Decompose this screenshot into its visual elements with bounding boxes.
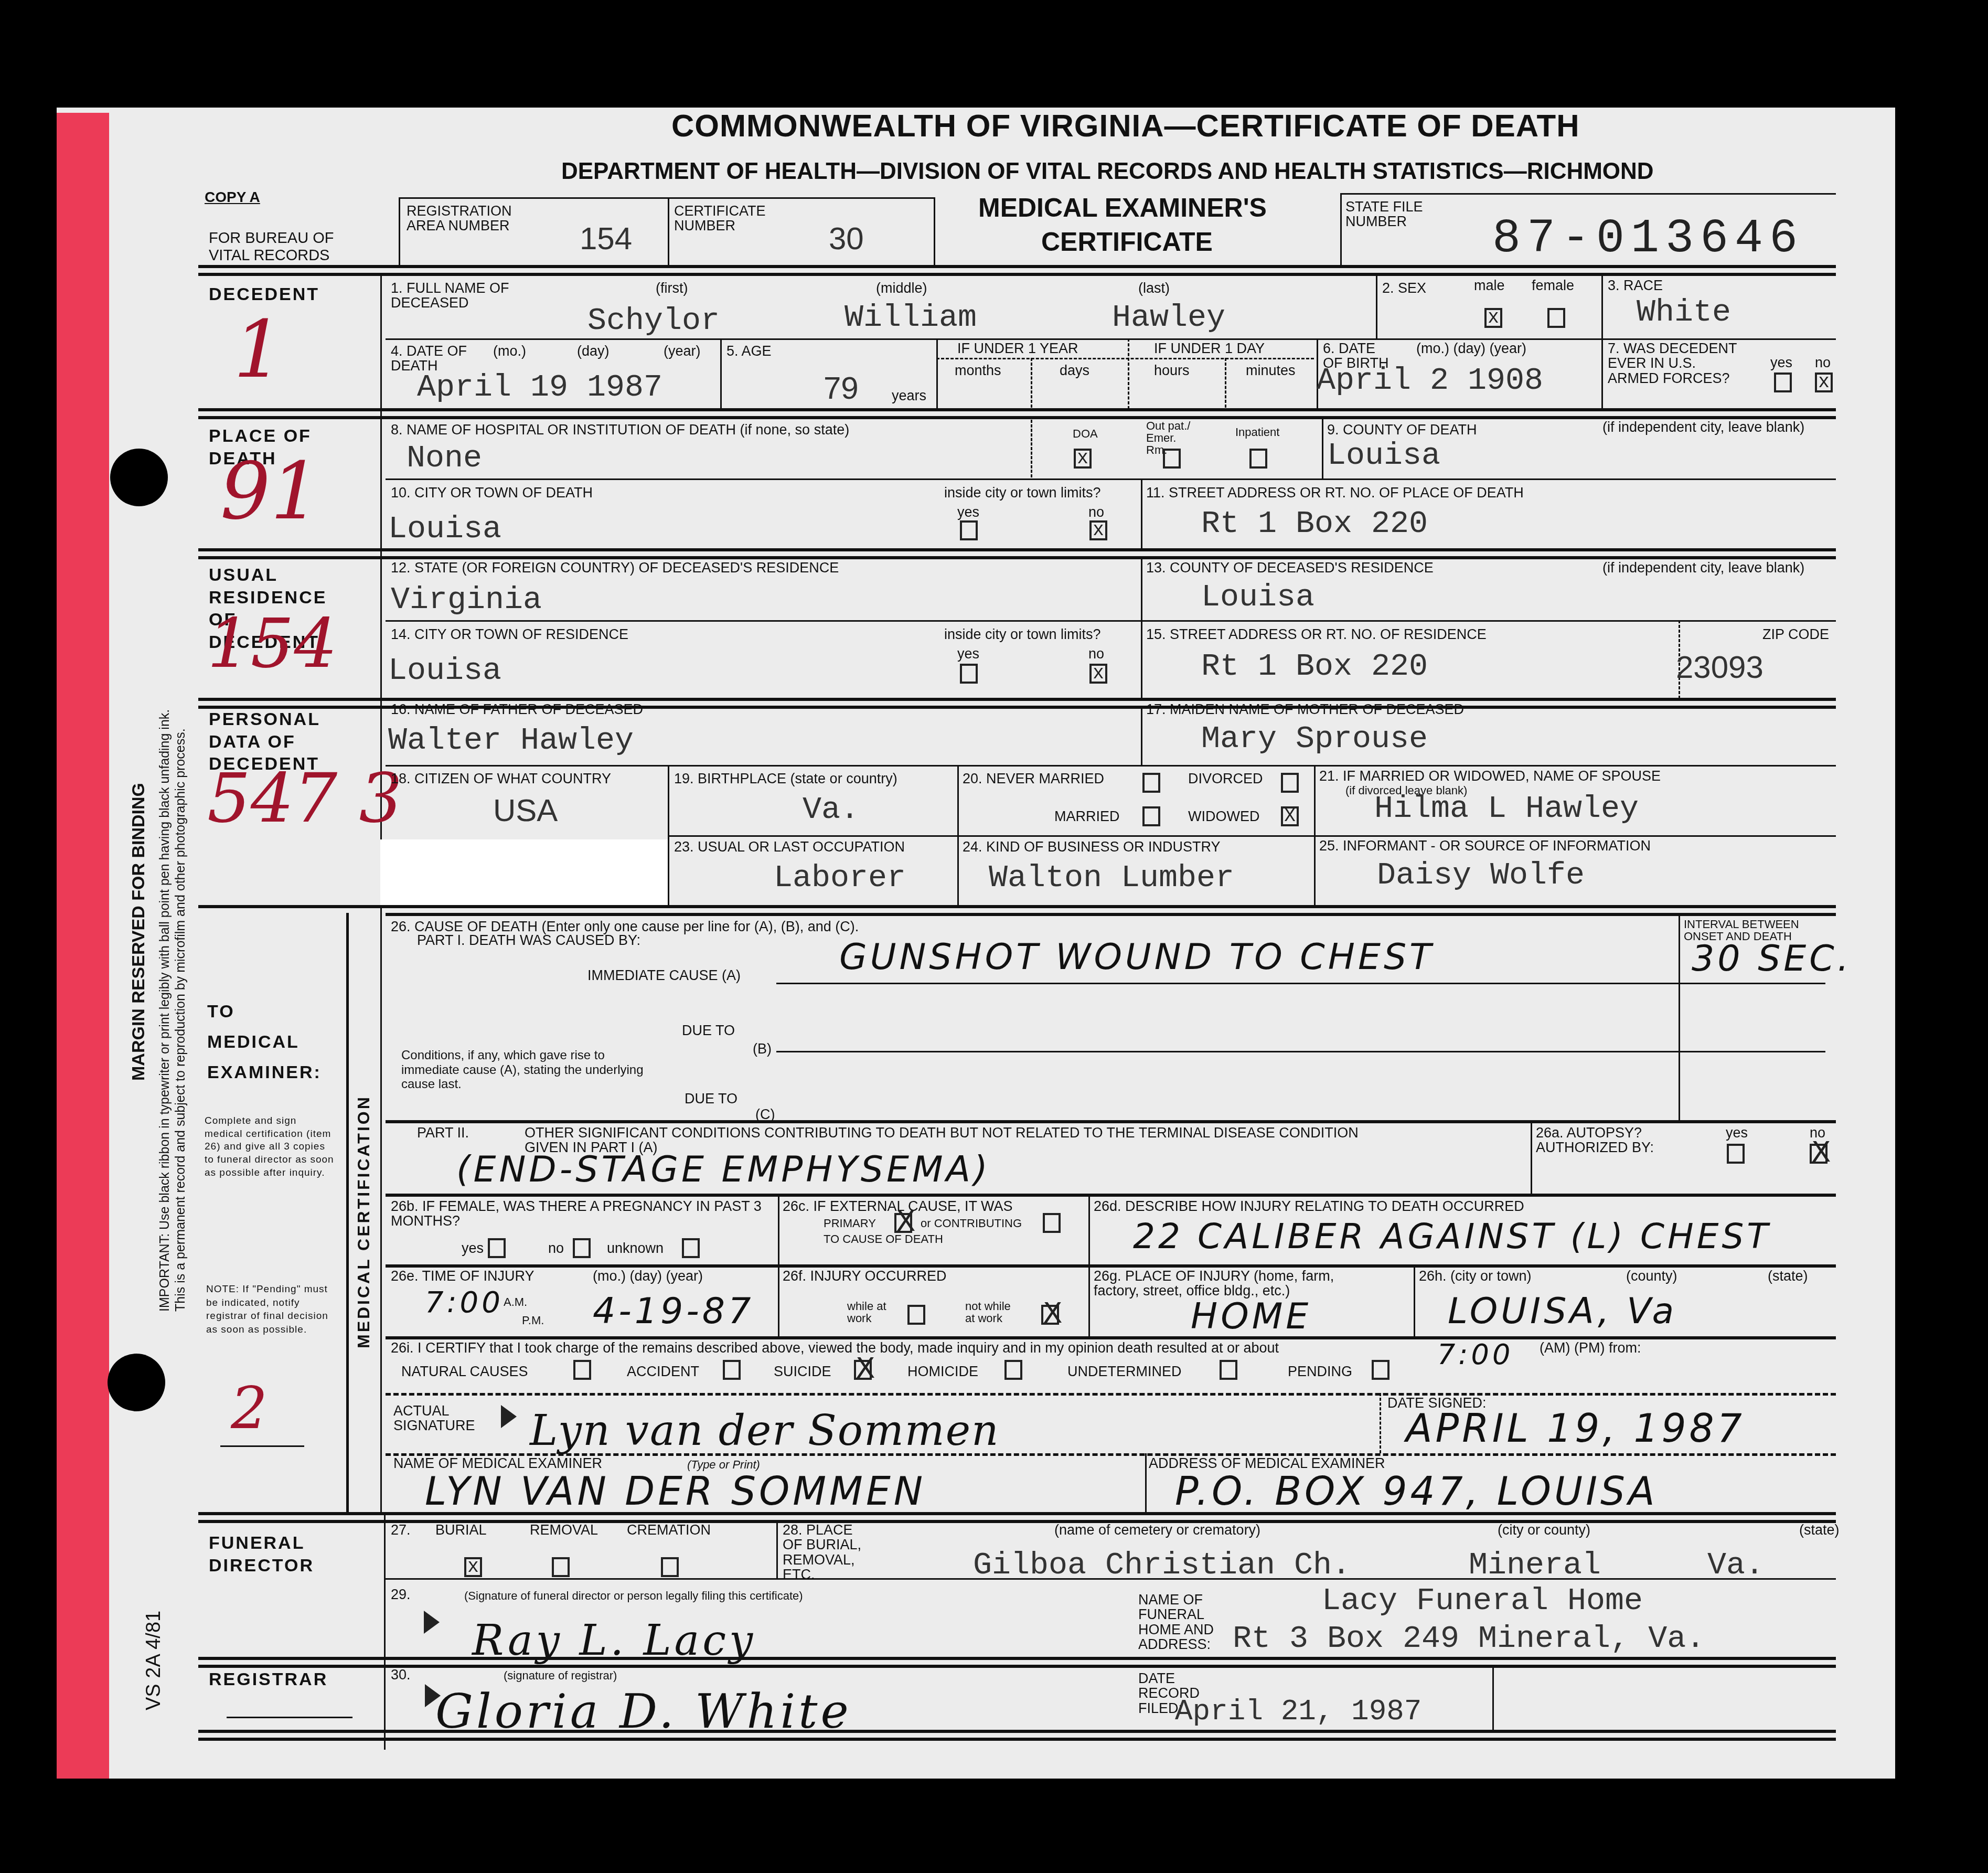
divider bbox=[386, 1120, 1836, 1123]
divider bbox=[936, 358, 1314, 359]
field16-label: 16. NAME OF FATHER OF DECEASED bbox=[391, 702, 643, 717]
undetermined-label: UNDETERMINED bbox=[1067, 1364, 1182, 1379]
spouse-name: Hilma L Hawley bbox=[1374, 791, 1639, 827]
date-of-birth: April 2 1908 bbox=[1317, 363, 1543, 399]
mother-maiden-name: Mary Sprouse bbox=[1201, 721, 1428, 757]
field28-label: 28. PLACE OF BURIAL, REMOVAL, ETC. bbox=[783, 1523, 867, 1582]
inside-limits-label: inside city or town limits? bbox=[944, 485, 1101, 500]
field18-label: 18. CITIZEN OF WHAT COUNTRY bbox=[391, 771, 611, 786]
county-of-death: Louisa bbox=[1327, 438, 1440, 474]
field29-label: 29. bbox=[391, 1587, 411, 1602]
am-label: A.M. bbox=[504, 1296, 527, 1308]
contributing-checkbox[interactable] bbox=[1043, 1213, 1061, 1233]
divider bbox=[1601, 273, 1603, 408]
red-code-decedent: 1 bbox=[233, 304, 283, 396]
middle-name: William bbox=[845, 300, 977, 336]
race-value: White bbox=[1637, 295, 1731, 331]
field19-label: 19. BIRTHPLACE (state or country) bbox=[674, 771, 897, 786]
divider bbox=[386, 1453, 1836, 1456]
margin-important-text: IMPORTANT: Use black ribbon in typewrite… bbox=[157, 709, 173, 1312]
first-name: Schylor bbox=[587, 303, 720, 339]
divider bbox=[776, 983, 1825, 984]
divider bbox=[934, 197, 935, 265]
widowed-label: WIDOWED bbox=[1188, 809, 1259, 824]
inpatient-checkbox[interactable] bbox=[1249, 449, 1267, 469]
indep-city-note: (if independent city, leave blank) bbox=[1602, 420, 1804, 434]
natural-causes-checkbox[interactable] bbox=[573, 1360, 591, 1380]
divider bbox=[1380, 1393, 1381, 1453]
field1-label: 1. FULL NAME OF DECEASED bbox=[391, 281, 527, 311]
divider bbox=[1531, 1120, 1532, 1194]
divider bbox=[386, 1194, 1836, 1197]
divider bbox=[198, 1738, 1836, 1741]
suicide-checkbox[interactable]: X bbox=[854, 1360, 872, 1380]
state-file-label: STATE FILE NUMBER bbox=[1345, 199, 1450, 229]
divider bbox=[1141, 706, 1142, 766]
pregnancy-label: 26b. IF FEMALE, WAS THERE A PREGNANCY IN… bbox=[391, 1199, 768, 1229]
divider bbox=[198, 408, 1836, 411]
sex-female-checkbox[interactable] bbox=[1547, 308, 1565, 328]
divider bbox=[1340, 193, 1342, 265]
divider bbox=[198, 1657, 1836, 1660]
divider bbox=[1088, 1264, 1090, 1338]
pregnancy-no-checkbox[interactable] bbox=[573, 1238, 591, 1258]
redacted-ssn bbox=[380, 839, 668, 908]
first-label: (first) bbox=[656, 281, 688, 295]
field13-label: 13. COUNTY OF DECEASED'S RESIDENCE bbox=[1146, 560, 1434, 575]
injury-county-label: (county) bbox=[1626, 1269, 1677, 1283]
minutes-label: minutes bbox=[1246, 363, 1296, 378]
outpatient-checkbox[interactable] bbox=[1163, 449, 1181, 469]
field11-label: 11. STREET ADDRESS OR RT. NO. OF PLACE O… bbox=[1146, 485, 1524, 500]
accident-checkbox[interactable] bbox=[723, 1360, 741, 1380]
father-name: Walter Hawley bbox=[388, 723, 634, 759]
funeral-home-label: NAME OF FUNERAL HOME AND ADDRESS: bbox=[1138, 1592, 1233, 1652]
years-label: years bbox=[892, 388, 926, 403]
divider bbox=[198, 556, 1836, 559]
red-code-place-of-death: 91 bbox=[220, 446, 320, 537]
divider bbox=[1145, 1453, 1147, 1514]
married-checkbox[interactable] bbox=[1142, 806, 1160, 826]
married-label: MARRIED bbox=[1054, 809, 1120, 824]
not-while-at-work-checkbox[interactable]: X bbox=[1041, 1305, 1059, 1325]
divider bbox=[386, 338, 1836, 340]
pregnancy-no-label: no bbox=[548, 1241, 564, 1255]
field21-label: 21. IF MARRIED OR WIDOWED, NAME OF SPOUS… bbox=[1319, 769, 1661, 783]
removal-label: REMOVAL bbox=[530, 1523, 598, 1537]
field3-label: 3. RACE bbox=[1608, 278, 1663, 293]
divider bbox=[386, 478, 1836, 480]
divider bbox=[1322, 416, 1323, 479]
punch-hole-bottom bbox=[108, 1354, 165, 1411]
immediate-cause-label: IMMEDIATE CAUSE (A) bbox=[587, 968, 741, 983]
left-column-border bbox=[384, 1514, 386, 1750]
divider bbox=[776, 1051, 1825, 1052]
section-decedent: DECEDENT bbox=[209, 283, 319, 306]
res-inside-yes-checkbox[interactable] bbox=[960, 664, 978, 684]
months-label: months bbox=[955, 363, 1001, 378]
residence-address: Rt 1 Box 220 bbox=[1201, 649, 1428, 685]
armed-no-checkbox[interactable]: x bbox=[1815, 373, 1833, 392]
divider bbox=[1679, 913, 1680, 1123]
divider bbox=[198, 548, 1836, 551]
red-binding-band bbox=[57, 113, 109, 1779]
pregnancy-unknown-checkbox[interactable] bbox=[682, 1238, 700, 1258]
armed-no-label: no bbox=[1815, 355, 1831, 370]
pregnancy-yes-checkbox[interactable] bbox=[488, 1238, 506, 1258]
homicide-checkbox[interactable] bbox=[1004, 1360, 1022, 1380]
burial-label: BURIAL bbox=[435, 1523, 487, 1537]
divider bbox=[386, 765, 1836, 767]
injury-time-value: 7:00 bbox=[425, 1285, 504, 1319]
medical-certification-label: MEDICAL CERTIFICATION bbox=[354, 1095, 373, 1348]
middle-label: (middle) bbox=[876, 281, 927, 295]
margin-permanent-text: This is a permanent record and subject t… bbox=[173, 728, 188, 1312]
time-of-injury-label: 26e. TIME OF INJURY bbox=[391, 1269, 535, 1283]
injury-occurred-label: 26f. INJURY OCCURRED bbox=[783, 1269, 947, 1283]
date-signed-value: APRIL 19, 1987 bbox=[1406, 1406, 1745, 1451]
residence-city: Louisa bbox=[388, 653, 501, 689]
divider bbox=[1414, 1264, 1415, 1338]
divider bbox=[776, 1520, 778, 1579]
field7-label: 7. WAS DECEDENT EVER IN U.S. ARMED FORCE… bbox=[1608, 341, 1744, 386]
day-label: (day) bbox=[577, 344, 610, 358]
sex-male-checkbox[interactable]: x bbox=[1484, 308, 1502, 328]
divider bbox=[198, 416, 1836, 419]
date-filed-value: April 21, 1987 bbox=[1175, 1695, 1421, 1728]
under-1-year-label: IF UNDER 1 YEAR bbox=[957, 341, 1078, 356]
never-married-label: 20. NEVER MARRIED bbox=[963, 771, 1104, 786]
death-inside-no-checkbox[interactable]: x bbox=[1089, 520, 1107, 540]
divider bbox=[1340, 193, 1836, 195]
autopsy-no-checkbox[interactable]: X bbox=[1810, 1144, 1827, 1164]
field10-label: 10. CITY OR TOWN OF DEATH bbox=[391, 485, 593, 500]
field30-label: 30. bbox=[391, 1667, 411, 1682]
me-name-value: LYN VAN DER SOMMEN bbox=[425, 1469, 926, 1514]
registration-area-value: 154 bbox=[580, 220, 632, 257]
hours-label: hours bbox=[1154, 363, 1190, 378]
hospital-value: None bbox=[407, 441, 482, 476]
burial-checkbox[interactable]: x bbox=[464, 1557, 482, 1577]
divider bbox=[386, 1578, 1836, 1580]
header-box-top bbox=[399, 197, 934, 199]
removal-checkbox[interactable] bbox=[552, 1557, 570, 1577]
informant-value: Daisy Wolfe bbox=[1377, 858, 1585, 893]
certificate-number-label: CERTIFICATE NUMBER bbox=[674, 204, 810, 233]
suicide-label: SUICIDE bbox=[774, 1364, 831, 1379]
divider bbox=[346, 913, 349, 1514]
divider bbox=[198, 905, 1836, 908]
business-value: Walton Lumber bbox=[989, 860, 1234, 896]
not-while-at-work-label: not while at work bbox=[965, 1300, 1023, 1324]
male-label: male bbox=[1474, 278, 1505, 293]
injury-description-value: 22 CALIBER AGAINST (L) CHEST bbox=[1133, 1216, 1771, 1257]
mo-label: (mo.) bbox=[493, 344, 526, 358]
registrar-signature-label: (signature of registrar) bbox=[504, 1669, 617, 1682]
to-me-instructions: Complete and sign medical certification … bbox=[205, 1115, 336, 1179]
divider bbox=[399, 197, 400, 265]
field5-label: 5. AGE bbox=[726, 344, 772, 358]
field15-label: 15. STREET ADDRESS OR RT. NO. OF RESIDEN… bbox=[1146, 627, 1487, 642]
days-label: days bbox=[1060, 363, 1089, 378]
divider bbox=[220, 1445, 304, 1447]
divider bbox=[1088, 1194, 1090, 1270]
cemetery-label: (name of cemetery or crematory) bbox=[1054, 1523, 1260, 1537]
inpatient-label: Inpatient bbox=[1235, 426, 1279, 438]
section-registrar: REGISTRAR bbox=[209, 1668, 328, 1691]
divider bbox=[198, 1665, 1836, 1668]
homicide-label: HOMICIDE bbox=[907, 1364, 978, 1379]
residence-state: Virginia bbox=[391, 582, 542, 618]
divider bbox=[778, 1194, 779, 1270]
certificate-number-value: 30 bbox=[829, 220, 864, 257]
never-married-checkbox[interactable] bbox=[1142, 773, 1160, 793]
death-yes-label: yes bbox=[957, 505, 979, 519]
residence-county: Louisa bbox=[1201, 580, 1314, 615]
place-of-death-address: Rt 1 Box 220 bbox=[1201, 506, 1428, 542]
autopsy-label: 26a. AUTOPSY? AUTHORIZED BY: bbox=[1536, 1125, 1683, 1155]
divider bbox=[1492, 1665, 1494, 1730]
to-label: TO bbox=[207, 997, 322, 1027]
pregnancy-unknown-label: unknown bbox=[607, 1241, 664, 1255]
margin-binding-text: MARGIN RESERVED FOR BINDING bbox=[129, 783, 149, 1081]
accident-label: ACCIDENT bbox=[627, 1364, 699, 1379]
injury-date-parts-label: (mo.) (day) (year) bbox=[593, 1269, 703, 1283]
cause-a-value: GUNSHOT WOUND TO CHEST bbox=[839, 936, 1435, 978]
place-of-injury-label: 26g. PLACE OF INJURY (home, farm, factor… bbox=[1094, 1269, 1356, 1299]
divider bbox=[386, 1336, 1836, 1339]
injury-description-label: 26d. DESCRIBE HOW INJURY RELATING TO DEA… bbox=[1094, 1199, 1524, 1214]
divorced-checkbox[interactable] bbox=[1281, 773, 1299, 793]
certify-time-value: 7:00 bbox=[1437, 1338, 1513, 1371]
divider bbox=[386, 913, 1836, 916]
actual-signature-label: ACTUAL SIGNATURE bbox=[393, 1403, 456, 1433]
due-to-c-label: DUE TO bbox=[685, 1091, 738, 1106]
injury-city-label: 26h. (city or town) bbox=[1419, 1269, 1532, 1283]
document-subtitle: DEPARTMENT OF HEALTH—DIVISION OF VITAL R… bbox=[561, 158, 1654, 185]
widowed-checkbox[interactable]: X bbox=[1281, 806, 1299, 826]
field4-label: 4. DATE OF DEATH bbox=[391, 344, 480, 374]
birthplace-value: Va. bbox=[803, 792, 859, 828]
date-of-death: April 19 1987 bbox=[417, 370, 662, 406]
copy-label: COPY A bbox=[205, 189, 260, 206]
bureau-label: FOR BUREAU OF VITAL RECORDS bbox=[209, 230, 371, 265]
primary-label: PRIMARY bbox=[824, 1217, 876, 1229]
section-to-medical-examiner: TO MEDICAL EXAMINER: bbox=[207, 997, 322, 1088]
divider bbox=[778, 1264, 779, 1338]
red-code-usual-residence: 154 bbox=[207, 603, 337, 683]
divider bbox=[1031, 420, 1032, 477]
zip-label: ZIP CODE bbox=[1762, 627, 1829, 642]
cremation-label: CREMATION bbox=[627, 1523, 711, 1537]
field14-label: 14. CITY OR TOWN OF RESIDENCE bbox=[391, 627, 628, 642]
field17-label: 17. MAIDEN NAME OF MOTHER OF DECEASED bbox=[1146, 702, 1464, 717]
autopsy-yes-checkbox[interactable] bbox=[1727, 1144, 1745, 1164]
city-of-death: Louisa bbox=[388, 512, 501, 547]
occupation-value: Laborer bbox=[774, 860, 906, 896]
field12-label: 12. STATE (OR FOREIGN COUNTRY) OF DECEAS… bbox=[391, 560, 839, 575]
res-inside-no-checkbox[interactable]: x bbox=[1089, 664, 1107, 684]
funeral-home-address: Rt 3 Box 249 Mineral, Va. bbox=[1233, 1621, 1705, 1657]
injury-state-label: (state) bbox=[1768, 1269, 1808, 1283]
part1-label: PART I. DEATH WAS CAUSED BY: bbox=[417, 933, 640, 948]
me-address-value: P.O. BOX 947, LOUISA bbox=[1175, 1469, 1658, 1514]
doa-checkbox[interactable]: x bbox=[1074, 449, 1092, 469]
signature-arrow-icon bbox=[501, 1405, 517, 1428]
divider bbox=[198, 273, 1836, 276]
divider bbox=[386, 620, 1836, 622]
red-code-medical-examiner: 2 bbox=[231, 1375, 268, 1442]
place-of-injury-value: HOME bbox=[1191, 1296, 1311, 1337]
certify-text: 26i. I CERTIFY that I took charge of the… bbox=[391, 1340, 1279, 1355]
last-name: Hawley bbox=[1112, 300, 1225, 336]
res-no-label: no bbox=[1088, 646, 1104, 661]
injury-city-value: LOUISA, Va bbox=[1448, 1291, 1677, 1332]
part2-label: PART II. bbox=[417, 1125, 469, 1140]
divider bbox=[1225, 358, 1226, 408]
red-code-personal-data: 547 3 bbox=[207, 758, 402, 838]
primary-checkbox[interactable]: X bbox=[894, 1213, 912, 1233]
pending-checkbox[interactable] bbox=[1372, 1360, 1390, 1380]
funeral-home-name: Lacy Funeral Home bbox=[1322, 1583, 1643, 1619]
burial-city-label: (city or county) bbox=[1498, 1523, 1590, 1537]
autopsy-yes-label: yes bbox=[1726, 1125, 1748, 1140]
form-title-line1: MEDICAL EXAMINER'S bbox=[978, 193, 1267, 223]
inside-limits-label: inside city or town limits? bbox=[944, 627, 1101, 642]
b-label: (B) bbox=[753, 1041, 772, 1056]
indep-city-note: (if independent city, leave blank) bbox=[1602, 560, 1804, 575]
armed-yes-checkbox[interactable] bbox=[1774, 373, 1792, 392]
certify-ampm-label: (AM) (PM) from: bbox=[1540, 1340, 1641, 1355]
burial-state-label: (state) bbox=[1799, 1523, 1840, 1537]
armed-yes-label: yes bbox=[1770, 355, 1792, 370]
registration-area-label: REGISTRATION AREA NUMBER bbox=[407, 204, 543, 233]
funeral-signature-label: (Signature of funeral director or person… bbox=[464, 1590, 803, 1602]
divider bbox=[1141, 478, 1142, 549]
cremation-checkbox[interactable] bbox=[661, 1557, 679, 1577]
divider bbox=[668, 835, 1836, 837]
state-file-number: 87-013646 bbox=[1492, 212, 1804, 266]
divider bbox=[1031, 358, 1032, 408]
pm-label: P.M. bbox=[522, 1314, 544, 1326]
funeral-signature-arrow-icon bbox=[424, 1611, 440, 1634]
last-label: (last) bbox=[1138, 281, 1170, 295]
form-code: VS 2A 4/81 bbox=[143, 1611, 165, 1710]
divider bbox=[386, 1393, 1836, 1396]
me-signature: Lyn van der Sommen bbox=[530, 1406, 1000, 1455]
while-at-work-checkbox[interactable] bbox=[907, 1305, 925, 1325]
document-title: COMMONWEALTH OF VIRGINIA—CERTIFICATE OF … bbox=[671, 108, 1580, 144]
field8-label: 8. NAME OF HOSPITAL OR INSTITUTION OF DE… bbox=[391, 422, 849, 437]
medical-label: MEDICAL bbox=[207, 1027, 322, 1058]
punch-hole-top bbox=[110, 449, 168, 506]
to-cause-label: TO CAUSE OF DEATH bbox=[824, 1233, 943, 1245]
field9-label: 9. COUNTY OF DEATH bbox=[1327, 422, 1477, 437]
dob-parts-label: (mo.) (day) (year) bbox=[1416, 341, 1526, 356]
death-inside-yes-checkbox[interactable] bbox=[960, 520, 978, 540]
field23-label: 23. USUAL OR LAST OCCUPATION bbox=[674, 839, 905, 854]
due-to-b-label: DUE TO bbox=[682, 1023, 735, 1038]
pending-label: PENDING bbox=[1288, 1364, 1352, 1379]
while-at-work-label: while at work bbox=[847, 1300, 889, 1324]
contributing-label: or CONTRIBUTING bbox=[921, 1217, 1022, 1229]
divider bbox=[198, 698, 1836, 701]
divider bbox=[198, 1512, 1836, 1515]
divider bbox=[1141, 556, 1142, 700]
divider bbox=[1376, 273, 1377, 338]
zip-value: 23093 bbox=[1676, 649, 1763, 685]
age-value: 79 bbox=[824, 370, 859, 406]
divider bbox=[720, 338, 722, 409]
field24-label: 24. KIND OF BUSINESS OR INDUSTRY bbox=[963, 839, 1221, 854]
part2-value: (END-STAGE EMPHYSEMA) bbox=[456, 1149, 991, 1190]
divider bbox=[227, 1717, 352, 1718]
death-no-label: no bbox=[1088, 505, 1104, 519]
form-title-line2: CERTIFICATE bbox=[1041, 227, 1213, 257]
divider bbox=[198, 265, 1836, 268]
natural-causes-label: NATURAL CAUSES bbox=[401, 1364, 528, 1379]
divider bbox=[198, 1730, 1836, 1733]
year-label: (year) bbox=[664, 344, 701, 358]
interval-value: 30 SEC. bbox=[1692, 938, 1852, 980]
divorced-label: DIVORCED bbox=[1188, 771, 1263, 786]
field25-label: 25. INFORMANT - OR SOURCE OF INFORMATION bbox=[1319, 838, 1651, 853]
conditions-note: Conditions, if any, which gave rise to i… bbox=[401, 1048, 664, 1092]
pending-note: NOTE: If "Pending" must be indicated, no… bbox=[206, 1283, 340, 1337]
undetermined-checkbox[interactable] bbox=[1220, 1360, 1237, 1380]
res-yes-label: yes bbox=[957, 646, 979, 661]
field2-label: 2. SEX bbox=[1382, 281, 1426, 295]
injury-date-value: 4-19-87 bbox=[593, 1291, 754, 1332]
divider bbox=[386, 1264, 1836, 1268]
pregnancy-yes-label: yes bbox=[462, 1241, 484, 1255]
section-funeral-director: FUNERAL DIRECTOR bbox=[209, 1532, 345, 1577]
divider bbox=[936, 338, 938, 409]
female-label: female bbox=[1532, 278, 1574, 293]
field27-label: 27. bbox=[391, 1523, 411, 1537]
doa-label: DOA bbox=[1073, 428, 1098, 440]
divider bbox=[1128, 338, 1129, 409]
under-1-day-label: IF UNDER 1 DAY bbox=[1154, 341, 1265, 356]
examiner-label: EXAMINER: bbox=[207, 1058, 322, 1088]
divider bbox=[668, 197, 669, 265]
citizen-value: USA bbox=[493, 792, 558, 828]
